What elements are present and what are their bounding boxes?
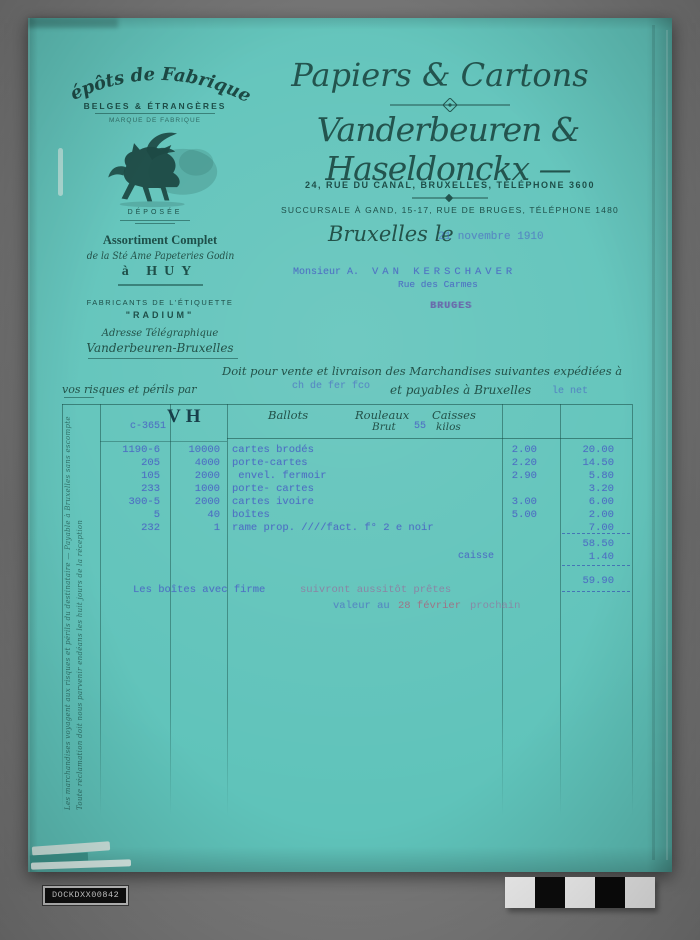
line-description: envel. fermoir [232, 470, 497, 482]
company-name: Vanderbeuren & Haseldonckx — [230, 110, 666, 188]
date-typed: 21 novembre 1910 [438, 231, 544, 243]
addressee-prefix: Monsieur A. [293, 267, 359, 278]
line-ref: 105 [100, 470, 160, 482]
payable-line: et payables à Bruxelles [390, 383, 531, 397]
line-ref: 232 [100, 522, 160, 534]
line-ref: 233 [100, 483, 160, 495]
totals-dashed-rule [562, 533, 630, 534]
scale-square-white [625, 877, 655, 908]
scale-square-black [535, 877, 565, 908]
table-header-rule [227, 438, 632, 439]
svg-text:Dépôts de Fabriques: Dépôts de Fabriques [60, 54, 254, 106]
line-quantity: 10000 [168, 444, 220, 456]
addressee-name: VAN KERSCHAVER [372, 266, 516, 278]
table-header-rule [100, 441, 227, 442]
radium-line: "RADIUM" [65, 310, 255, 320]
shipping-typed: ch de fer fco [292, 381, 370, 392]
line-description: rame prop. ////fact. f° 2 e noir [232, 522, 497, 534]
emblem-caption-rule [120, 220, 190, 221]
line-quantity: 2000 [168, 470, 220, 482]
line-ref: 300-5 [100, 496, 160, 508]
addressee-street: Rue des Carmes [398, 279, 478, 290]
papeteries-line: de la Sté Ame Papeteries Godin [75, 251, 245, 262]
note-prochain: prochain [470, 600, 520, 612]
emblem-caption-rule [135, 223, 175, 224]
risks-underline [64, 397, 94, 398]
note-valeur: valeur au [333, 600, 390, 612]
invoice-line-row: 205 4000 porte-cartes 2.20 14.50 [0, 457, 700, 470]
line-unit-price: 5.00 [495, 509, 537, 521]
order-number: c-3651 [130, 421, 166, 432]
line-unit-price: 2.00 [495, 444, 537, 456]
total-value: 59.90 [552, 575, 614, 587]
line-ref: 1190-6 [100, 444, 160, 456]
note-date: 28 février [398, 600, 461, 612]
col-header-ballots: Ballots [268, 408, 308, 422]
line-quantity: 4000 [168, 457, 220, 469]
address-bruxelles: 24, RUE DU CANAL, BRUXELLES, TÉLÉPHONE 3… [250, 180, 650, 190]
line-amount: 5.80 [552, 470, 614, 482]
address-gand: SUCCURSALE À GAND, 15-17, RUE DE BRUGES,… [235, 205, 665, 215]
totals-dashed-rule [562, 591, 630, 592]
scale-square-white [505, 877, 535, 908]
payable-typed: le net [552, 386, 588, 397]
line-description: boîtes [232, 509, 497, 521]
line-unit-price: 2.90 [495, 470, 537, 482]
emblem-arc-title: Dépôts de Fabriques [60, 54, 256, 106]
note-boites: Les boîtes avec firme [133, 584, 265, 596]
invoice-line-row: 1190-6 10000 cartes brodés 2.00 20.00 [0, 444, 700, 457]
line-description: porte-cartes [232, 457, 497, 469]
line-quantity: 1000 [168, 483, 220, 495]
risks-line: vos risques et périls par [62, 383, 196, 396]
totals-dashed-rule [562, 565, 630, 566]
invoice-lines: 1190-6 10000 cartes brodés 2.00 20.00 20… [0, 444, 700, 535]
line-amount: 3.20 [552, 483, 614, 495]
invoice-line-row: 105 2000 envel. fermoir 2.90 5.80 [0, 470, 700, 483]
line-unit-price: 3.00 [495, 496, 537, 508]
pegasus-icon [88, 124, 224, 210]
emblem-subtitle: BELGES & ÉTRANGÈRES [70, 101, 240, 111]
doit-line: Doit pour vente et livraison des Marchan… [222, 364, 642, 378]
invoice-line-row: 233 1000 porte- cartes 3.20 [0, 483, 700, 496]
paper-clip-mark [58, 148, 63, 196]
business-title: Papiers & Cartons [285, 56, 595, 94]
table-top-rule [62, 404, 632, 405]
emblem-rule [95, 113, 215, 114]
brut-unit: kilos [436, 421, 461, 433]
line-description: cartes brodés [232, 444, 497, 456]
brut-value: 55 [414, 421, 426, 432]
note-boites-2: suivront aussitôt prêtes [300, 584, 451, 596]
catalog-label: DOCKDXX00842 [43, 886, 128, 905]
line-quantity: 40 [168, 509, 220, 521]
caisse-label: caisse [458, 551, 494, 562]
top-fold-shadow [28, 18, 118, 28]
emblem-caption: DÉPOSÉE [75, 209, 235, 216]
invoice-line-row: 5 40 boîtes 5.00 2.00 [0, 509, 700, 522]
brut-label: Brut [372, 421, 396, 433]
line-description: cartes ivoire [232, 496, 497, 508]
photo-of-invoice: Dépôts de Fabriques BELGES & ÉTRANGÈRES … [0, 0, 700, 940]
photogrammetric-scale-bar [505, 877, 655, 908]
line-quantity: 1 [168, 522, 220, 534]
col-header-caisses: Caisses [432, 408, 476, 422]
line-unit-price: 2.20 [495, 457, 537, 469]
line-amount: 2.00 [552, 509, 614, 521]
emblem-small-text: MARQUE DE FABRIQUE [70, 117, 240, 124]
line-description: porte- cartes [232, 483, 497, 495]
telegraph-rule [88, 358, 238, 359]
scale-square-white [565, 877, 595, 908]
city-date-printed: Bruxelles le [328, 222, 454, 246]
line-quantity: 2000 [168, 496, 220, 508]
telegraph-label: Adresse Télégraphique [65, 328, 255, 339]
huy-line: à HUY [70, 264, 250, 280]
fabricants-line: FABRICANTS DE L'ÉTIQUETTE [65, 298, 255, 307]
line-ref: 205 [100, 457, 160, 469]
col-header-rouleaux: Rouleaux [355, 408, 409, 422]
scale-square-black [595, 877, 625, 908]
assortiment-line: Assortiment Complet [70, 233, 250, 248]
city-stamp: BRUGES [430, 301, 472, 312]
line-amount: 20.00 [552, 444, 614, 456]
subtotal-value: 58.50 [552, 538, 614, 550]
vh-stamp: VH [167, 406, 206, 428]
huy-rule [118, 284, 203, 286]
small-divider-icon [412, 194, 488, 202]
line-amount: 6.00 [552, 496, 614, 508]
invoice-line-row: 300-5 2000 cartes ivoire 3.00 6.00 [0, 496, 700, 509]
line-amount: 14.50 [552, 457, 614, 469]
telegraph-address: Vanderbeuren-Bruxelles [60, 341, 260, 355]
emblem-arc-text: Dépôts de Fabriques [60, 54, 254, 106]
line-ref: 5 [100, 509, 160, 521]
caisse-amount: 1.40 [552, 551, 614, 563]
